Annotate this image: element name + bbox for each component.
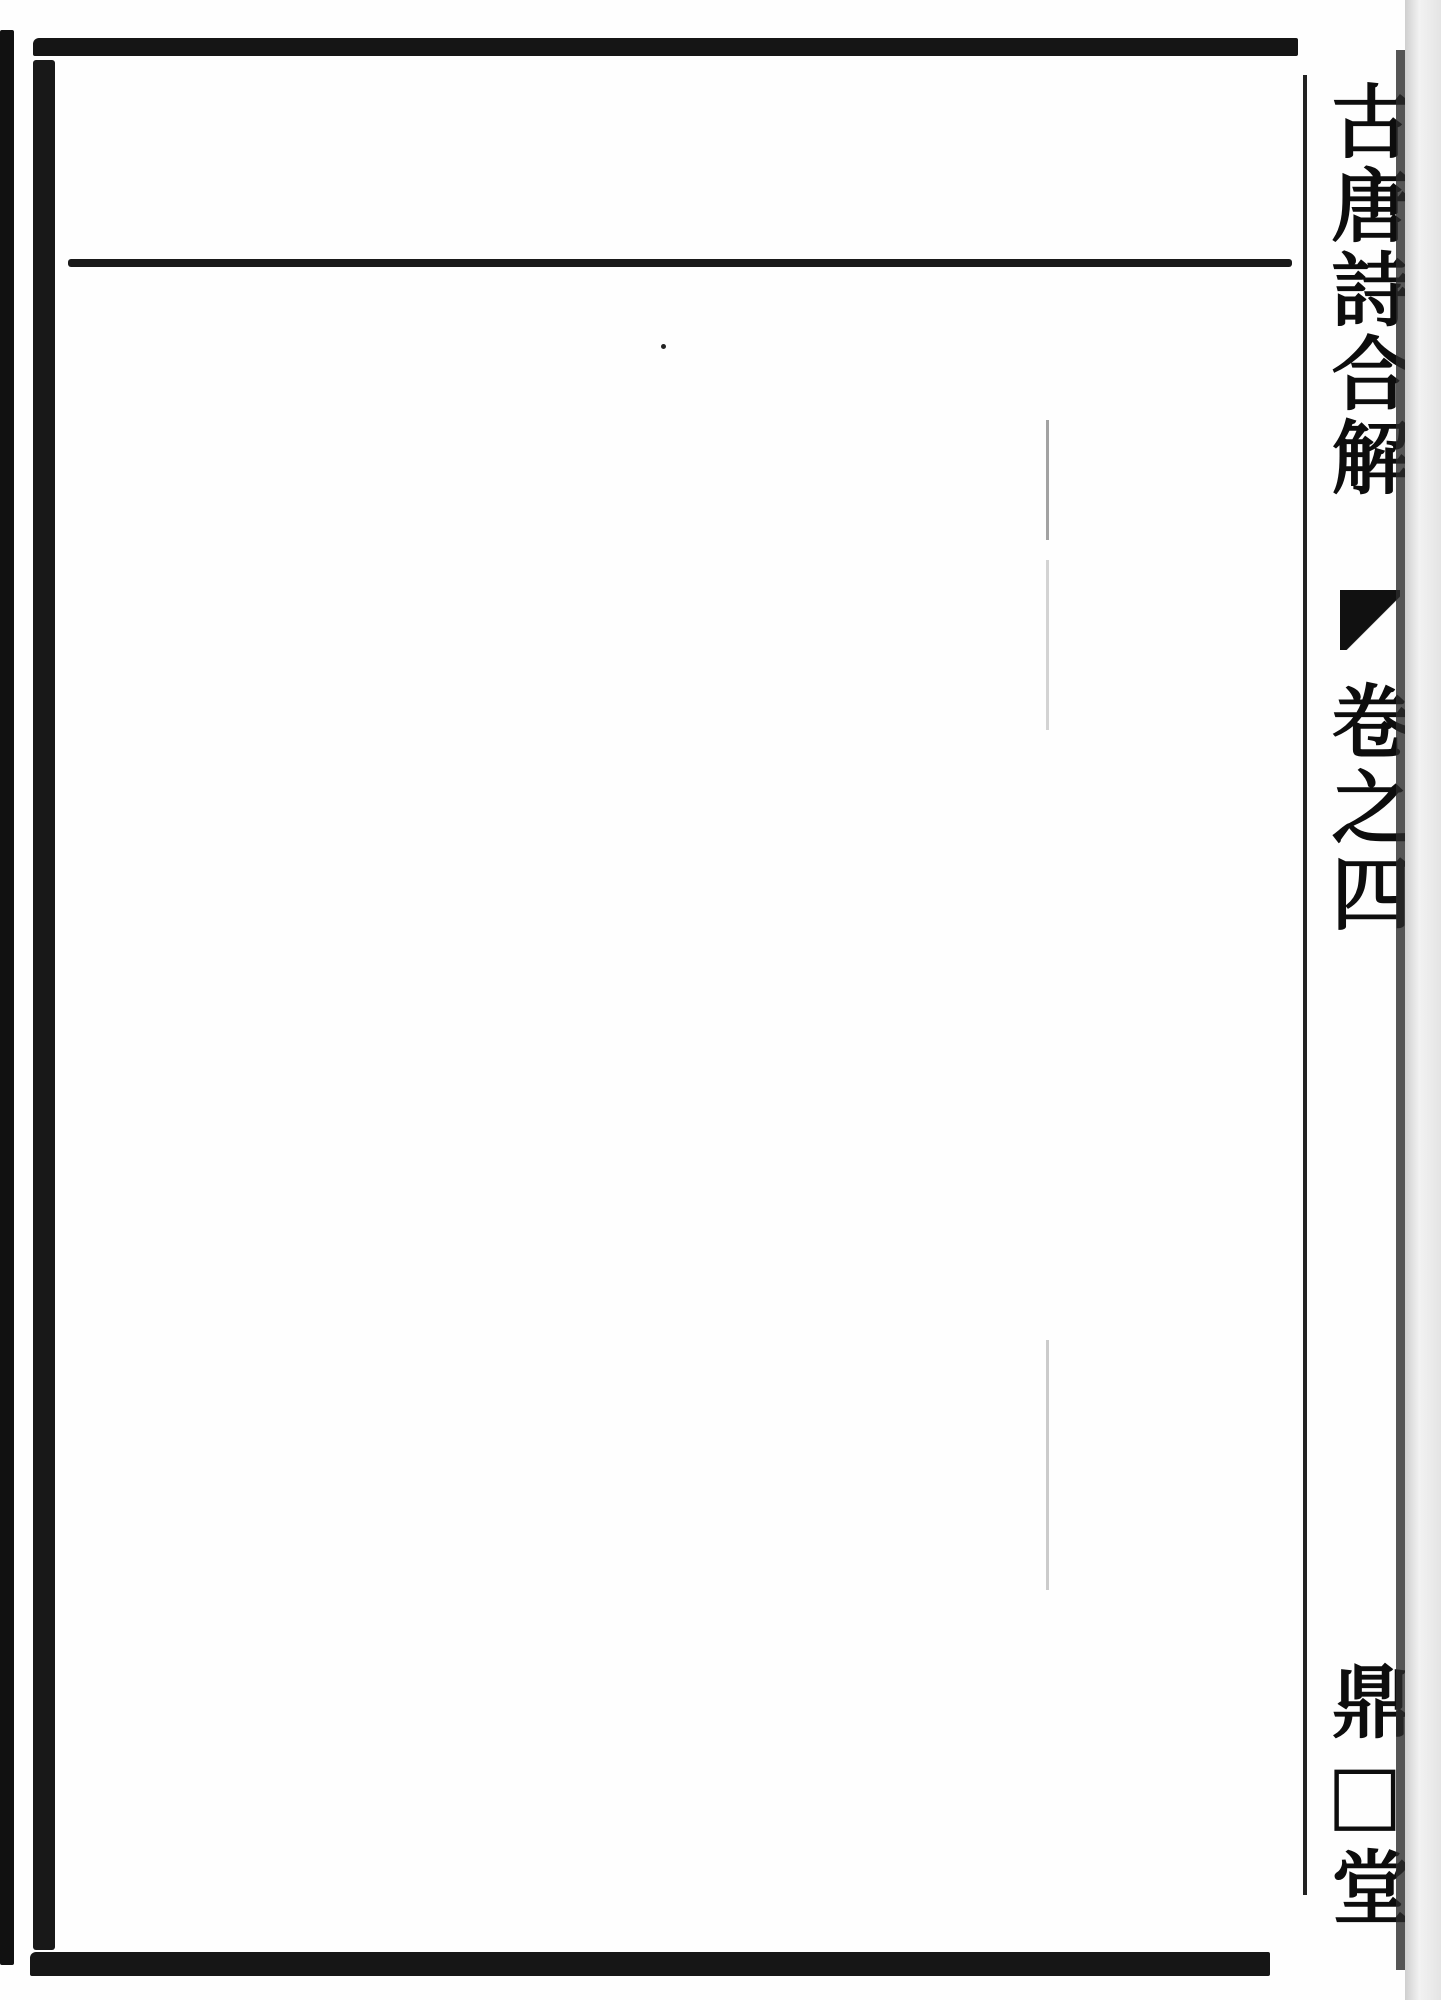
frame-border-bottom <box>30 1952 1270 1976</box>
spine-column-rule <box>1303 75 1307 1895</box>
adjacent-page-edge <box>0 30 14 1965</box>
frame-border-left <box>33 60 55 1950</box>
fish-tail-mark <box>1340 590 1400 650</box>
spine-publisher: 鼎□堂 <box>1325 1660 1405 1932</box>
scan-artifact <box>1046 1340 1049 1590</box>
page-gutter <box>1405 0 1441 2000</box>
scan-artifact <box>1046 560 1049 730</box>
frame-border-top <box>33 38 1298 56</box>
spine-volume: 卷之四 <box>1325 680 1405 938</box>
header-rule <box>68 259 1292 267</box>
spine-title: 古唐詩合解 <box>1325 80 1405 500</box>
ink-speck <box>661 344 666 349</box>
scan-artifact <box>1046 420 1049 540</box>
book-page: 古唐詩合解 卷之四 鼎□堂 <box>0 0 1441 2000</box>
